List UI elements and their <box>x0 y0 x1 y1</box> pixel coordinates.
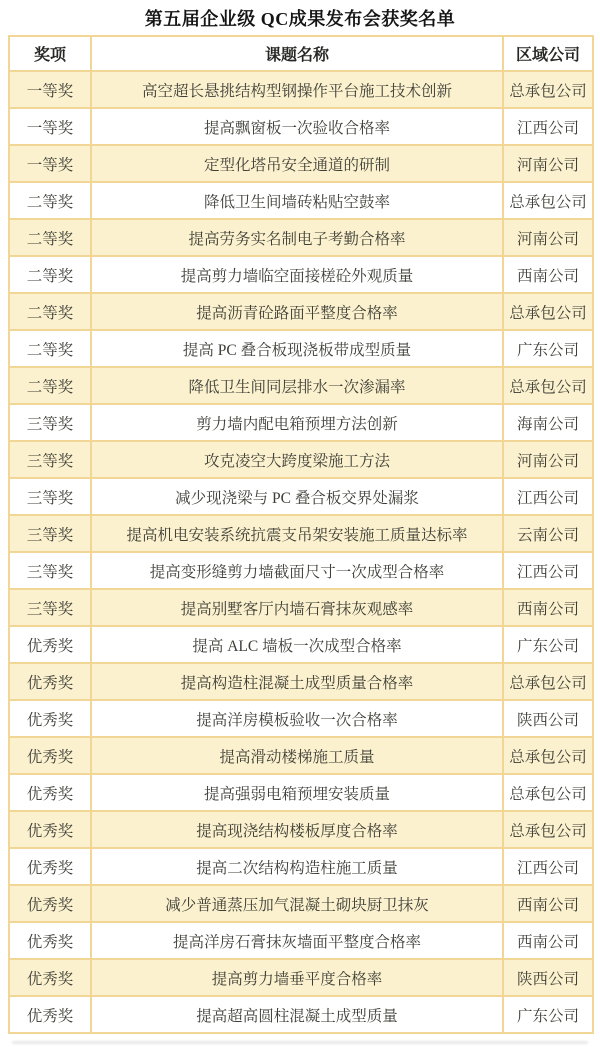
cell-award: 三等奖 <box>9 589 91 626</box>
cell-topic: 提高强弱电箱预埋安装质量 <box>91 774 503 811</box>
table-row: 二等奖降低卫生间同层排水一次渗漏率总承包公司 <box>9 367 593 404</box>
cell-award: 一等奖 <box>9 145 91 182</box>
cell-company: 西南公司 <box>503 885 593 922</box>
cell-company: 河南公司 <box>503 441 593 478</box>
cell-award: 三等奖 <box>9 441 91 478</box>
cell-award: 优秀奖 <box>9 922 91 959</box>
cell-company: 江西公司 <box>503 848 593 885</box>
cell-award: 二等奖 <box>9 330 91 367</box>
cell-topic: 提高 PC 叠合板现浇板带成型质量 <box>91 330 503 367</box>
cell-company: 广东公司 <box>503 330 593 367</box>
cell-company: 西南公司 <box>503 589 593 626</box>
cell-company: 海南公司 <box>503 404 593 441</box>
table-row: 优秀奖提高洋房模板验收一次合格率陕西公司 <box>9 700 593 737</box>
cell-topic: 提高 ALC 墙板一次成型合格率 <box>91 626 503 663</box>
cell-company: 西南公司 <box>503 256 593 293</box>
table-row: 一等奖高空超长悬挑结构型钢操作平台施工技术创新总承包公司 <box>9 71 593 108</box>
table-row: 二等奖提高 PC 叠合板现浇板带成型质量广东公司 <box>9 330 593 367</box>
cell-award: 一等奖 <box>9 108 91 145</box>
cell-award: 二等奖 <box>9 293 91 330</box>
table-row: 优秀奖提高构造柱混凝土成型质量合格率总承包公司 <box>9 663 593 700</box>
cell-company: 广东公司 <box>503 996 593 1033</box>
cell-award: 优秀奖 <box>9 959 91 996</box>
cell-company: 河南公司 <box>503 219 593 256</box>
cell-topic: 提高劳务实名制电子考勤合格率 <box>91 219 503 256</box>
cell-topic: 提高变形缝剪力墙截面尺寸一次成型合格率 <box>91 552 503 589</box>
cell-award: 三等奖 <box>9 552 91 589</box>
cell-topic: 提高现浇结构楼板厚度合格率 <box>91 811 503 848</box>
table-row: 三等奖提高机电安装系统抗震支吊架安装施工质量达标率云南公司 <box>9 515 593 552</box>
table-row: 优秀奖提高二次结构构造柱施工质量江西公司 <box>9 848 593 885</box>
table-row: 优秀奖提高强弱电箱预埋安装质量总承包公司 <box>9 774 593 811</box>
cell-topic: 提高别墅客厅内墙石膏抹灰观感率 <box>91 589 503 626</box>
header-row: 奖项 课题名称 区域公司 <box>9 36 593 71</box>
cell-company: 总承包公司 <box>503 663 593 700</box>
cell-topic: 提高构造柱混凝土成型质量合格率 <box>91 663 503 700</box>
cell-award: 优秀奖 <box>9 663 91 700</box>
cell-topic: 提高滑动楼梯施工质量 <box>91 737 503 774</box>
cell-award: 一等奖 <box>9 71 91 108</box>
table-row: 优秀奖提高现浇结构楼板厚度合格率总承包公司 <box>9 811 593 848</box>
cell-company: 西南公司 <box>503 922 593 959</box>
cell-company: 总承包公司 <box>503 71 593 108</box>
table-row: 三等奖提高别墅客厅内墙石膏抹灰观感率西南公司 <box>9 589 593 626</box>
header-cell-topic: 课题名称 <box>91 36 503 71</box>
cell-award: 优秀奖 <box>9 626 91 663</box>
table-row: 优秀奖提高剪力墙垂平度合格率陕西公司 <box>9 959 593 996</box>
cell-topic: 提高剪力墙垂平度合格率 <box>91 959 503 996</box>
table-row: 一等奖提高飘窗板一次验收合格率江西公司 <box>9 108 593 145</box>
cell-company: 总承包公司 <box>503 182 593 219</box>
table-row: 二等奖提高剪力墙临空面接槎砼外观质量西南公司 <box>9 256 593 293</box>
table-row: 三等奖提高变形缝剪力墙截面尺寸一次成型合格率江西公司 <box>9 552 593 589</box>
cell-company: 云南公司 <box>503 515 593 552</box>
table-row: 二等奖降低卫生间墙砖粘贴空鼓率总承包公司 <box>9 182 593 219</box>
cell-topic: 提高超高圆柱混凝土成型质量 <box>91 996 503 1033</box>
cell-award: 二等奖 <box>9 182 91 219</box>
cell-topic: 剪力墙内配电箱预埋方法创新 <box>91 404 503 441</box>
table-row: 优秀奖提高滑动楼梯施工质量总承包公司 <box>9 737 593 774</box>
cell-company: 总承包公司 <box>503 811 593 848</box>
cell-company: 陕西公司 <box>503 700 593 737</box>
awards-page: 第五届企业级 QC成果发布会获奖名单 奖项 课题名称 区域公司 一等奖高空超长悬… <box>0 0 600 1047</box>
cell-award: 优秀奖 <box>9 737 91 774</box>
cell-award: 优秀奖 <box>9 848 91 885</box>
cell-topic: 提高洋房模板验收一次合格率 <box>91 700 503 737</box>
cell-company: 总承包公司 <box>503 774 593 811</box>
cell-award: 优秀奖 <box>9 885 91 922</box>
table-row: 二等奖提高沥青砼路面平整度合格率总承包公司 <box>9 293 593 330</box>
cell-company: 江西公司 <box>503 552 593 589</box>
cell-topic: 减少普通蒸压加气混凝土砌块厨卫抹灰 <box>91 885 503 922</box>
cell-award: 三等奖 <box>9 404 91 441</box>
cell-award: 优秀奖 <box>9 700 91 737</box>
cell-company: 河南公司 <box>503 145 593 182</box>
cell-topic: 攻克凌空大跨度梁施工方法 <box>91 441 503 478</box>
table-row: 优秀奖提高洋房石膏抹灰墙面平整度合格率西南公司 <box>9 922 593 959</box>
cell-award: 二等奖 <box>9 367 91 404</box>
header-cell-award: 奖项 <box>9 36 91 71</box>
cell-award: 二等奖 <box>9 219 91 256</box>
cell-award: 优秀奖 <box>9 996 91 1033</box>
table-row: 优秀奖提高 ALC 墙板一次成型合格率广东公司 <box>9 626 593 663</box>
cell-topic: 降低卫生间同层排水一次渗漏率 <box>91 367 503 404</box>
table-row: 优秀奖提高超高圆柱混凝土成型质量广东公司 <box>9 996 593 1033</box>
awards-table: 奖项 课题名称 区域公司 一等奖高空超长悬挑结构型钢操作平台施工技术创新总承包公… <box>8 35 594 1034</box>
cell-topic: 提高洋房石膏抹灰墙面平整度合格率 <box>91 922 503 959</box>
cell-award: 三等奖 <box>9 478 91 515</box>
table-row: 三等奖减少现浇梁与 PC 叠合板交界处漏浆江西公司 <box>9 478 593 515</box>
cell-award: 优秀奖 <box>9 774 91 811</box>
cell-topic: 降低卫生间墙砖粘贴空鼓率 <box>91 182 503 219</box>
header-cell-company: 区域公司 <box>503 36 593 71</box>
cell-company: 江西公司 <box>503 108 593 145</box>
cell-topic: 提高沥青砼路面平整度合格率 <box>91 293 503 330</box>
cell-company: 总承包公司 <box>503 737 593 774</box>
table-row: 三等奖剪力墙内配电箱预埋方法创新海南公司 <box>9 404 593 441</box>
cell-award: 三等奖 <box>9 515 91 552</box>
cell-award: 二等奖 <box>9 256 91 293</box>
awards-table-header: 奖项 课题名称 区域公司 <box>9 36 593 71</box>
page-title: 第五届企业级 QC成果发布会获奖名单 <box>0 0 600 31</box>
table-row: 优秀奖减少普通蒸压加气混凝土砌块厨卫抹灰西南公司 <box>9 885 593 922</box>
cell-company: 总承包公司 <box>503 367 593 404</box>
cell-topic: 提高剪力墙临空面接槎砼外观质量 <box>91 256 503 293</box>
cell-company: 总承包公司 <box>503 293 593 330</box>
cell-topic: 高空超长悬挑结构型钢操作平台施工技术创新 <box>91 71 503 108</box>
table-row: 二等奖提高劳务实名制电子考勤合格率河南公司 <box>9 219 593 256</box>
cell-award: 优秀奖 <box>9 811 91 848</box>
cell-topic: 提高二次结构构造柱施工质量 <box>91 848 503 885</box>
cell-topic: 定型化塔吊安全通道的研制 <box>91 145 503 182</box>
cell-company: 陕西公司 <box>503 959 593 996</box>
cell-topic: 提高飘窗板一次验收合格率 <box>91 108 503 145</box>
awards-table-body: 一等奖高空超长悬挑结构型钢操作平台施工技术创新总承包公司一等奖提高飘窗板一次验收… <box>9 71 593 1033</box>
cell-topic: 减少现浇梁与 PC 叠合板交界处漏浆 <box>91 478 503 515</box>
table-row: 三等奖攻克凌空大跨度梁施工方法河南公司 <box>9 441 593 478</box>
cell-company: 江西公司 <box>503 478 593 515</box>
cell-topic: 提高机电安装系统抗震支吊架安装施工质量达标率 <box>91 515 503 552</box>
table-row: 一等奖定型化塔吊安全通道的研制河南公司 <box>9 145 593 182</box>
bottom-shadow <box>12 1041 588 1044</box>
cell-company: 广东公司 <box>503 626 593 663</box>
